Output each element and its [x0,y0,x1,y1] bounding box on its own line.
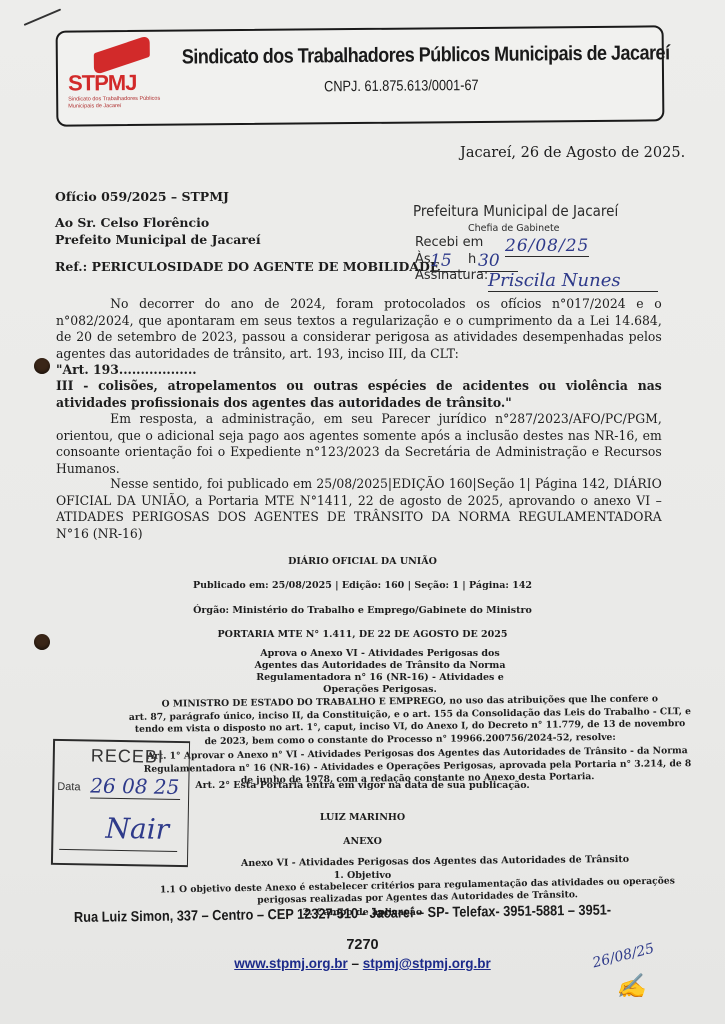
cnpj: CNPJ. 61.875.613/0001-67 [324,77,479,95]
organization-name: Sindicato dos Trabalhadores Públicos Mun… [182,41,670,69]
dou-title: DIÁRIO OFICIAL DA UNIÃO [0,556,725,567]
email-link[interactable]: stpmj@stpmj.org.br [363,956,491,971]
paragraph-3-text: Nesse sentido, foi publicado em 25/08/20… [56,476,662,542]
time-prefix: Às [415,252,431,267]
dou-preamble: O MINISTRO DE ESTADO DO TRABALHO E EMPRE… [120,693,700,749]
received-box-date: 26 08 25 [90,773,180,800]
stpmj-logo: STPMJ Sindicato dos Trabalhadores Públic… [66,42,175,113]
signature-line [59,849,177,852]
dou-organ: Órgão: Ministério do Trabalho e Emprego/… [0,605,725,616]
time-h: h [468,252,476,267]
reference-line: Ref.: PERICULOSIDADE DO AGENTE DE MOBILI… [55,259,439,274]
dou-portaria: PORTARIA MTE N° 1.411, DE 22 DE AGOSTO D… [0,629,725,640]
punch-hole-icon [34,358,50,374]
stamp-title: Prefeitura Municipal de Jacareí [413,202,618,220]
logo-text: STPMJ [68,70,137,97]
recipient-title: Prefeito Municipal de Jacareí [55,232,261,247]
paragraph-3: Nesse sentido, foi publicado em 25/08/20… [56,476,662,542]
pen-mark [24,8,62,25]
time-label: Às h [415,252,431,267]
dou-ementa: Aprova o Anexo VI - Atividades Perigosas… [240,648,520,696]
letterhead: STPMJ Sindicato dos Trabalhadores Públic… [56,25,665,126]
place-date: Jacareí, 26 de Agosto de 2025. [460,145,685,161]
recipient-name: Ao Sr. Celso Florêncio [55,215,209,230]
quote-inciso: III - colisões, atropelamentos ou outras… [56,378,662,411]
received-label: Recebi em [415,235,483,250]
signature: Priscila Nunes [488,270,658,292]
received-box-date-label: Data [57,781,80,793]
signature-label: Assinatura: [415,268,488,283]
stamp-subtitle: Chefia de Gabinete [468,223,560,234]
dou-published: Publicado em: 25/08/2025 | Edição: 160 |… [0,580,725,591]
paragraph-1-text: No decorrer do ano de 2024, foram protoc… [56,296,662,362]
received-box-label: RECEBI [91,745,164,767]
dou-annex-title: Anexo VI - Atividades Perigosas dos Agen… [140,853,725,870]
received-box-signature: Nair [105,812,169,846]
paragraph-2-text: Em resposta, a administração, em seu Par… [56,411,662,477]
receipt-stamp: Prefeitura Municipal de Jacareí Chefia d… [410,200,680,300]
logo-subtitle: Sindicato dos Trabalhadores Públicos Mun… [68,96,178,110]
paragraph-2: Em resposta, a administração, em seu Par… [56,411,662,477]
quote-article: "Art. 193.................. [56,362,662,379]
link-separator: – [348,956,363,971]
scanned-letter-page: STPMJ Sindicato dos Trabalhadores Públic… [0,0,725,1024]
oficio-number: Ofício 059/2025 – STPMJ [55,189,229,204]
paragraph-1: No decorrer do ano de 2024, foram protoc… [56,296,662,362]
website-link[interactable]: www.stpmj.org.br [234,956,348,971]
received-box-stamp: RECEBI Data 26 08 25 Nair [51,739,190,867]
handwritten-initials-icon: ✍ [616,972,646,1000]
